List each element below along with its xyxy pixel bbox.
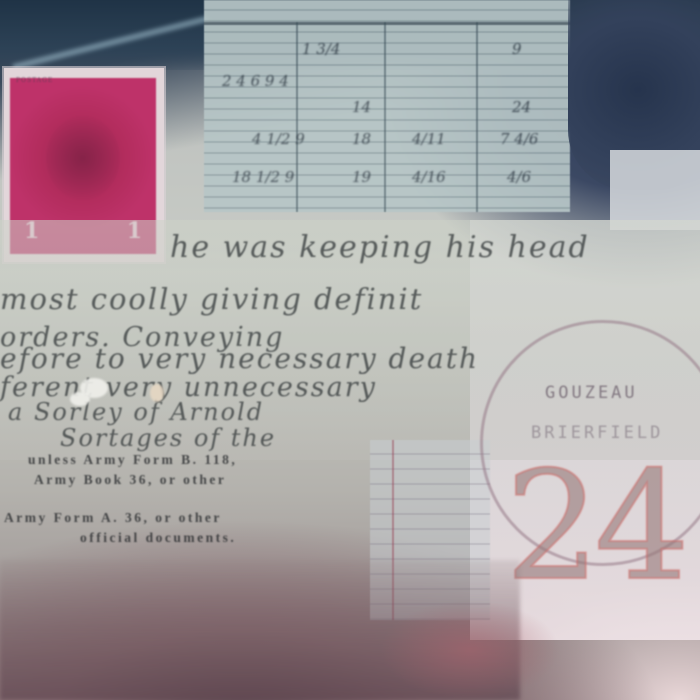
ledger-row: 4 1/2 9 18 4/11 7 4/6 — [212, 130, 562, 152]
ledger-cell: 1 3/4 — [302, 40, 340, 58]
ledger-cell: 4/6 — [507, 168, 531, 186]
stamp-edge-text: POSTAGE — [16, 77, 162, 85]
ledger-row: 2 4 6 9 4 — [212, 72, 562, 94]
ledger-header-rule — [204, 22, 570, 25]
ledger-cell: 18 1/2 9 — [232, 168, 294, 186]
ledger-cell: 2 4 6 9 4 — [222, 72, 289, 90]
postmark-text: GOUZEAU — [545, 383, 638, 403]
ledger-cell: 7 4/6 — [500, 130, 538, 148]
stamp-portrait — [46, 116, 120, 200]
paper-fragment — [610, 150, 700, 230]
ledger-cell: 18 — [352, 130, 371, 148]
ledger-cell: 4/16 — [412, 168, 446, 186]
ledger-cell: 19 — [352, 168, 371, 186]
ledger-cell: 4 1/2 9 — [252, 130, 305, 148]
letter-line: most coolly giving definit — [0, 282, 423, 316]
ledger-cell: 24 — [512, 98, 531, 116]
ledger-cell: 14 — [352, 98, 371, 116]
army-form-line: official documents. — [80, 530, 236, 546]
ledger-cell: 9 — [512, 40, 522, 58]
pink-glow — [380, 600, 560, 700]
ledger-row: 18 1/2 9 19 4/16 4/6 — [212, 168, 562, 190]
letter-line: he was keeping his head — [170, 230, 590, 265]
paper-flecks — [70, 370, 210, 430]
ledger-cell: 4/11 — [412, 130, 446, 148]
ledger-sheet: 1 3/4 9 2 4 6 9 4 14 24 4 1/2 9 18 4/11 … — [204, 0, 570, 212]
army-form-line: Army Book 36, or other — [34, 472, 226, 488]
army-form-line: Army Form A. 36, or other — [4, 510, 222, 526]
large-numeral: 24 — [505, 440, 684, 614]
ledger-row: 14 24 — [212, 98, 562, 120]
ledger-row: 1 3/4 9 — [212, 40, 562, 62]
army-form-excerpt: unless Army Form B. 118, Army Book 36, o… — [0, 450, 360, 550]
army-form-line: unless Army Form B. 118, — [28, 452, 237, 468]
